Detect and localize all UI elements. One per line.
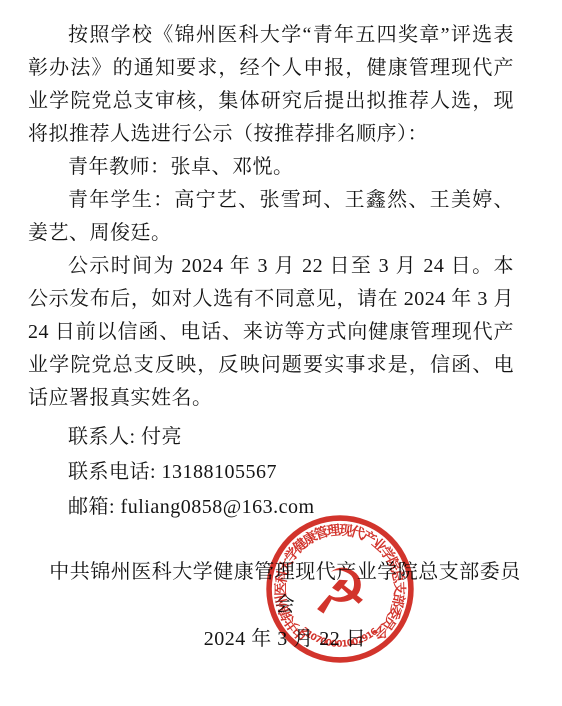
seal-code: 210700001002916: [299, 626, 381, 650]
paragraph-publicity-period: 公示时间为 2024 年 3 月 22 日至 3 月 24 日。本公示发布后，如…: [28, 250, 514, 415]
notice-page: 按照学校《锦州医科大学“青年五四奖章”评选表彰办法》的通知要求，经个人申报，健康…: [0, 0, 562, 706]
contact-phone: 联系电话: 13188105567: [28, 456, 514, 489]
paragraph-students: 青年学生：高宁艺、张雪珂、王鑫然、王美婷、姜艺、周俊廷。: [28, 184, 514, 250]
notice-body: 按照学校《锦州医科大学“青年五四奖章”评选表彰办法》的通知要求，经个人申报，健康…: [28, 19, 514, 524]
hammer-sickle-icon: ☭: [312, 556, 368, 629]
contact-person: 联系人: 付亮: [28, 421, 514, 454]
contact-block: 联系人: 付亮 联系电话: 13188105567 邮箱: fuliang085…: [28, 421, 514, 524]
party-seal: 中共锦州医科大学健康管理现代产业学院总支部委员会 ☭ 2107000010029…: [264, 513, 416, 665]
paragraph-intro: 按照学校《锦州医科大学“青年五四奖章”评选表彰办法》的通知要求，经个人申报，健康…: [28, 19, 514, 151]
paragraph-teachers: 青年教师：张卓、邓悦。: [28, 151, 514, 184]
